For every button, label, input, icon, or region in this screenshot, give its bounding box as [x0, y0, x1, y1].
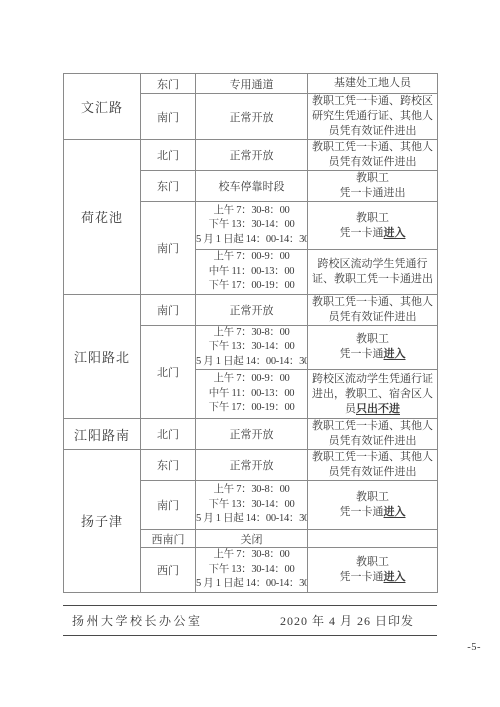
gate-cell: 东门 — [141, 74, 196, 94]
schedule-line: 下午 17：00-19：00 — [196, 401, 307, 416]
schedule-line: 5 月 1 日起 14：00-14：30 — [196, 577, 307, 592]
access-line: 凭一卡通进入 — [308, 347, 437, 362]
gate-cell: 南门 — [141, 294, 196, 325]
access-emphasis: 进入 — [384, 348, 406, 360]
schedule-cell: 正常开放 — [196, 94, 308, 140]
access-cell: 教职工 凭一卡通进入 — [308, 548, 438, 593]
gate-schedule-table: 文汇路 东门 专用通道 基建处工地人员 南门 正常开放 教职工凭一卡通、跨校区研… — [63, 73, 438, 593]
schedule-line: 中午 11：00-13：00 — [196, 387, 307, 402]
access-emphasis: 进入 — [384, 506, 406, 518]
access-cell: 基建处工地人员 — [308, 74, 438, 94]
access-emphasis: 进入 — [384, 227, 406, 239]
access-line: 教职工 — [308, 555, 437, 570]
access-text: 凭一卡通 — [340, 506, 384, 518]
schedule-cell: 正常开放 — [196, 140, 308, 171]
access-line: 教职工 — [308, 211, 437, 226]
schedule-cell: 正常开放 — [196, 419, 308, 450]
access-cell: 教职工凭一卡通、跨校区研究生凭通行证、其他人员凭有效证件进出 — [308, 94, 438, 140]
schedule-line: 上午 7：00-9：00 — [196, 372, 307, 387]
gate-cell: 南门 — [141, 481, 196, 530]
access-emphasis: 只出不进 — [356, 403, 400, 415]
gate-cell: 东门 — [141, 171, 196, 202]
access-cell: 教职工 凭一卡通进入 — [308, 481, 438, 530]
access-cell: 教职工凭一卡通、其他人员凭有效证件进出 — [308, 294, 438, 325]
table-row: 江阳路北 南门 正常开放 教职工凭一卡通、其他人员凭有效证件进出 — [64, 294, 438, 325]
location-cell: 江阳路北 — [64, 294, 141, 419]
document-footer: 扬州大学校长办公室 2020 年 4 月 26 日印发 — [63, 605, 437, 636]
schedule-cell: 上午 7：30-8：00 下午 13：30-14：00 5 月 1 日起 14：… — [196, 481, 308, 530]
schedule-cell: 专用通道 — [196, 74, 308, 94]
access-cell: 教职工凭一卡通、其他人员凭有效证件进出 — [308, 140, 438, 171]
schedule-cell: 正常开放 — [196, 294, 308, 325]
schedule-cell: 校车停靠时段 — [196, 171, 308, 202]
schedule-line: 上午 7：30-8：00 — [196, 326, 307, 341]
schedule-line: 5 月 1 日起 14：00-14：30 — [196, 355, 307, 370]
location-cell: 文汇路 — [64, 74, 141, 140]
footer-print-date: 2020 年 4 月 26 日印发 — [280, 612, 414, 629]
schedule-line: 下午 17：00-19：00 — [196, 279, 307, 294]
schedule-line: 下午 13：30-14：00 — [196, 340, 307, 355]
schedule-line: 5 月 1 日起 14：00-14：30 — [196, 233, 307, 248]
access-cell: 教职工凭一卡通、其他人员凭有效证件进出 — [308, 450, 438, 481]
access-cell: 跨校区流动学生凭通行证进出，教职工、宿舍区人员只出不进 — [308, 370, 438, 419]
access-cell: 教职工 凭一卡通进入 — [308, 202, 438, 250]
gate-cell: 东门 — [141, 450, 196, 481]
schedule-cell: 关闭 — [196, 530, 308, 548]
schedule-line: 下午 13：30-14：00 — [196, 563, 307, 578]
access-cell: 教职工凭一卡通、其他人员凭有效证件进出 — [308, 419, 438, 450]
access-emphasis: 进入 — [384, 571, 406, 583]
schedule-line: 上午 7：00-9：00 — [196, 250, 307, 265]
gate-cell: 北门 — [141, 419, 196, 450]
access-text: 凭一卡通 — [340, 348, 384, 360]
schedule-line: 下午 13：30-14：00 — [196, 498, 307, 513]
schedule-cell: 上午 7：30-8：00 下午 13：30-14：00 5 月 1 日起 14：… — [196, 202, 308, 250]
schedule-line: 下午 13：30-14：00 — [196, 218, 307, 233]
schedule-line: 上午 7：30-8：00 — [196, 204, 307, 219]
access-line: 凭一卡通进入 — [308, 226, 437, 241]
table-row: 江阳路南 北门 正常开放 教职工凭一卡通、其他人员凭有效证件进出 — [64, 419, 438, 450]
access-line: 凭一卡通进出 — [308, 186, 437, 201]
access-line: 教职工 — [308, 490, 437, 505]
access-line: 凭一卡通进入 — [308, 570, 437, 585]
location-cell: 扬子津 — [64, 450, 141, 593]
footer-issuer: 扬州大学校长办公室 — [72, 612, 203, 629]
schedule-cell: 上午 7：30-8：00 下午 13：30-14：00 5 月 1 日起 14：… — [196, 548, 308, 593]
schedule-line: 5 月 1 日起 14：00-14：30 — [196, 512, 307, 527]
gate-cell: 西门 — [141, 548, 196, 593]
access-cell: 教职工 凭一卡通进入 — [308, 325, 438, 370]
gate-cell: 西南门 — [141, 530, 196, 548]
table-row: 荷花池 北门 正常开放 教职工凭一卡通、其他人员凭有效证件进出 — [64, 140, 438, 171]
access-text: 凭一卡通 — [340, 571, 384, 583]
access-line: 凭一卡通进入 — [308, 505, 437, 520]
access-cell — [308, 530, 438, 548]
schedule-line: 中午 11：00-13：00 — [196, 265, 307, 280]
schedule-cell: 上午 7：30-8：00 下午 13：30-14：00 5 月 1 日起 14：… — [196, 325, 308, 370]
schedule-cell: 上午 7：00-9：00 中午 11：00-13：00 下午 17：00-19：… — [196, 250, 308, 295]
table-row: 文汇路 东门 专用通道 基建处工地人员 — [64, 74, 438, 94]
gate-cell: 北门 — [141, 140, 196, 171]
access-line: 教职工 — [308, 171, 437, 186]
gate-schedule-table-wrap: 文汇路 东门 专用通道 基建处工地人员 南门 正常开放 教职工凭一卡通、跨校区研… — [63, 73, 437, 593]
schedule-cell: 上午 7：00-9：00 中午 11：00-13：00 下午 17：00-19：… — [196, 370, 308, 419]
schedule-line: 上午 7：30-8：00 — [196, 548, 307, 563]
access-line: 教职工 — [308, 332, 437, 347]
location-cell: 江阳路南 — [64, 419, 141, 450]
schedule-line: 上午 7：30-8：00 — [196, 483, 307, 498]
document-page: 文汇路 东门 专用通道 基建处工地人员 南门 正常开放 教职工凭一卡通、跨校区研… — [0, 0, 500, 707]
table-row: 扬子津 东门 正常开放 教职工凭一卡通、其他人员凭有效证件进出 — [64, 450, 438, 481]
gate-cell: 南门 — [141, 202, 196, 295]
location-cell: 荷花池 — [64, 140, 141, 295]
gate-cell: 南门 — [141, 94, 196, 140]
access-cell: 教职工 凭一卡通进出 — [308, 171, 438, 202]
page-number: -5- — [467, 642, 481, 653]
gate-cell: 北门 — [141, 325, 196, 419]
access-cell: 跨校区流动学生凭通行证、教职工凭一卡通进出 — [308, 250, 438, 295]
schedule-cell: 正常开放 — [196, 450, 308, 481]
access-text: 凭一卡通 — [340, 227, 384, 239]
